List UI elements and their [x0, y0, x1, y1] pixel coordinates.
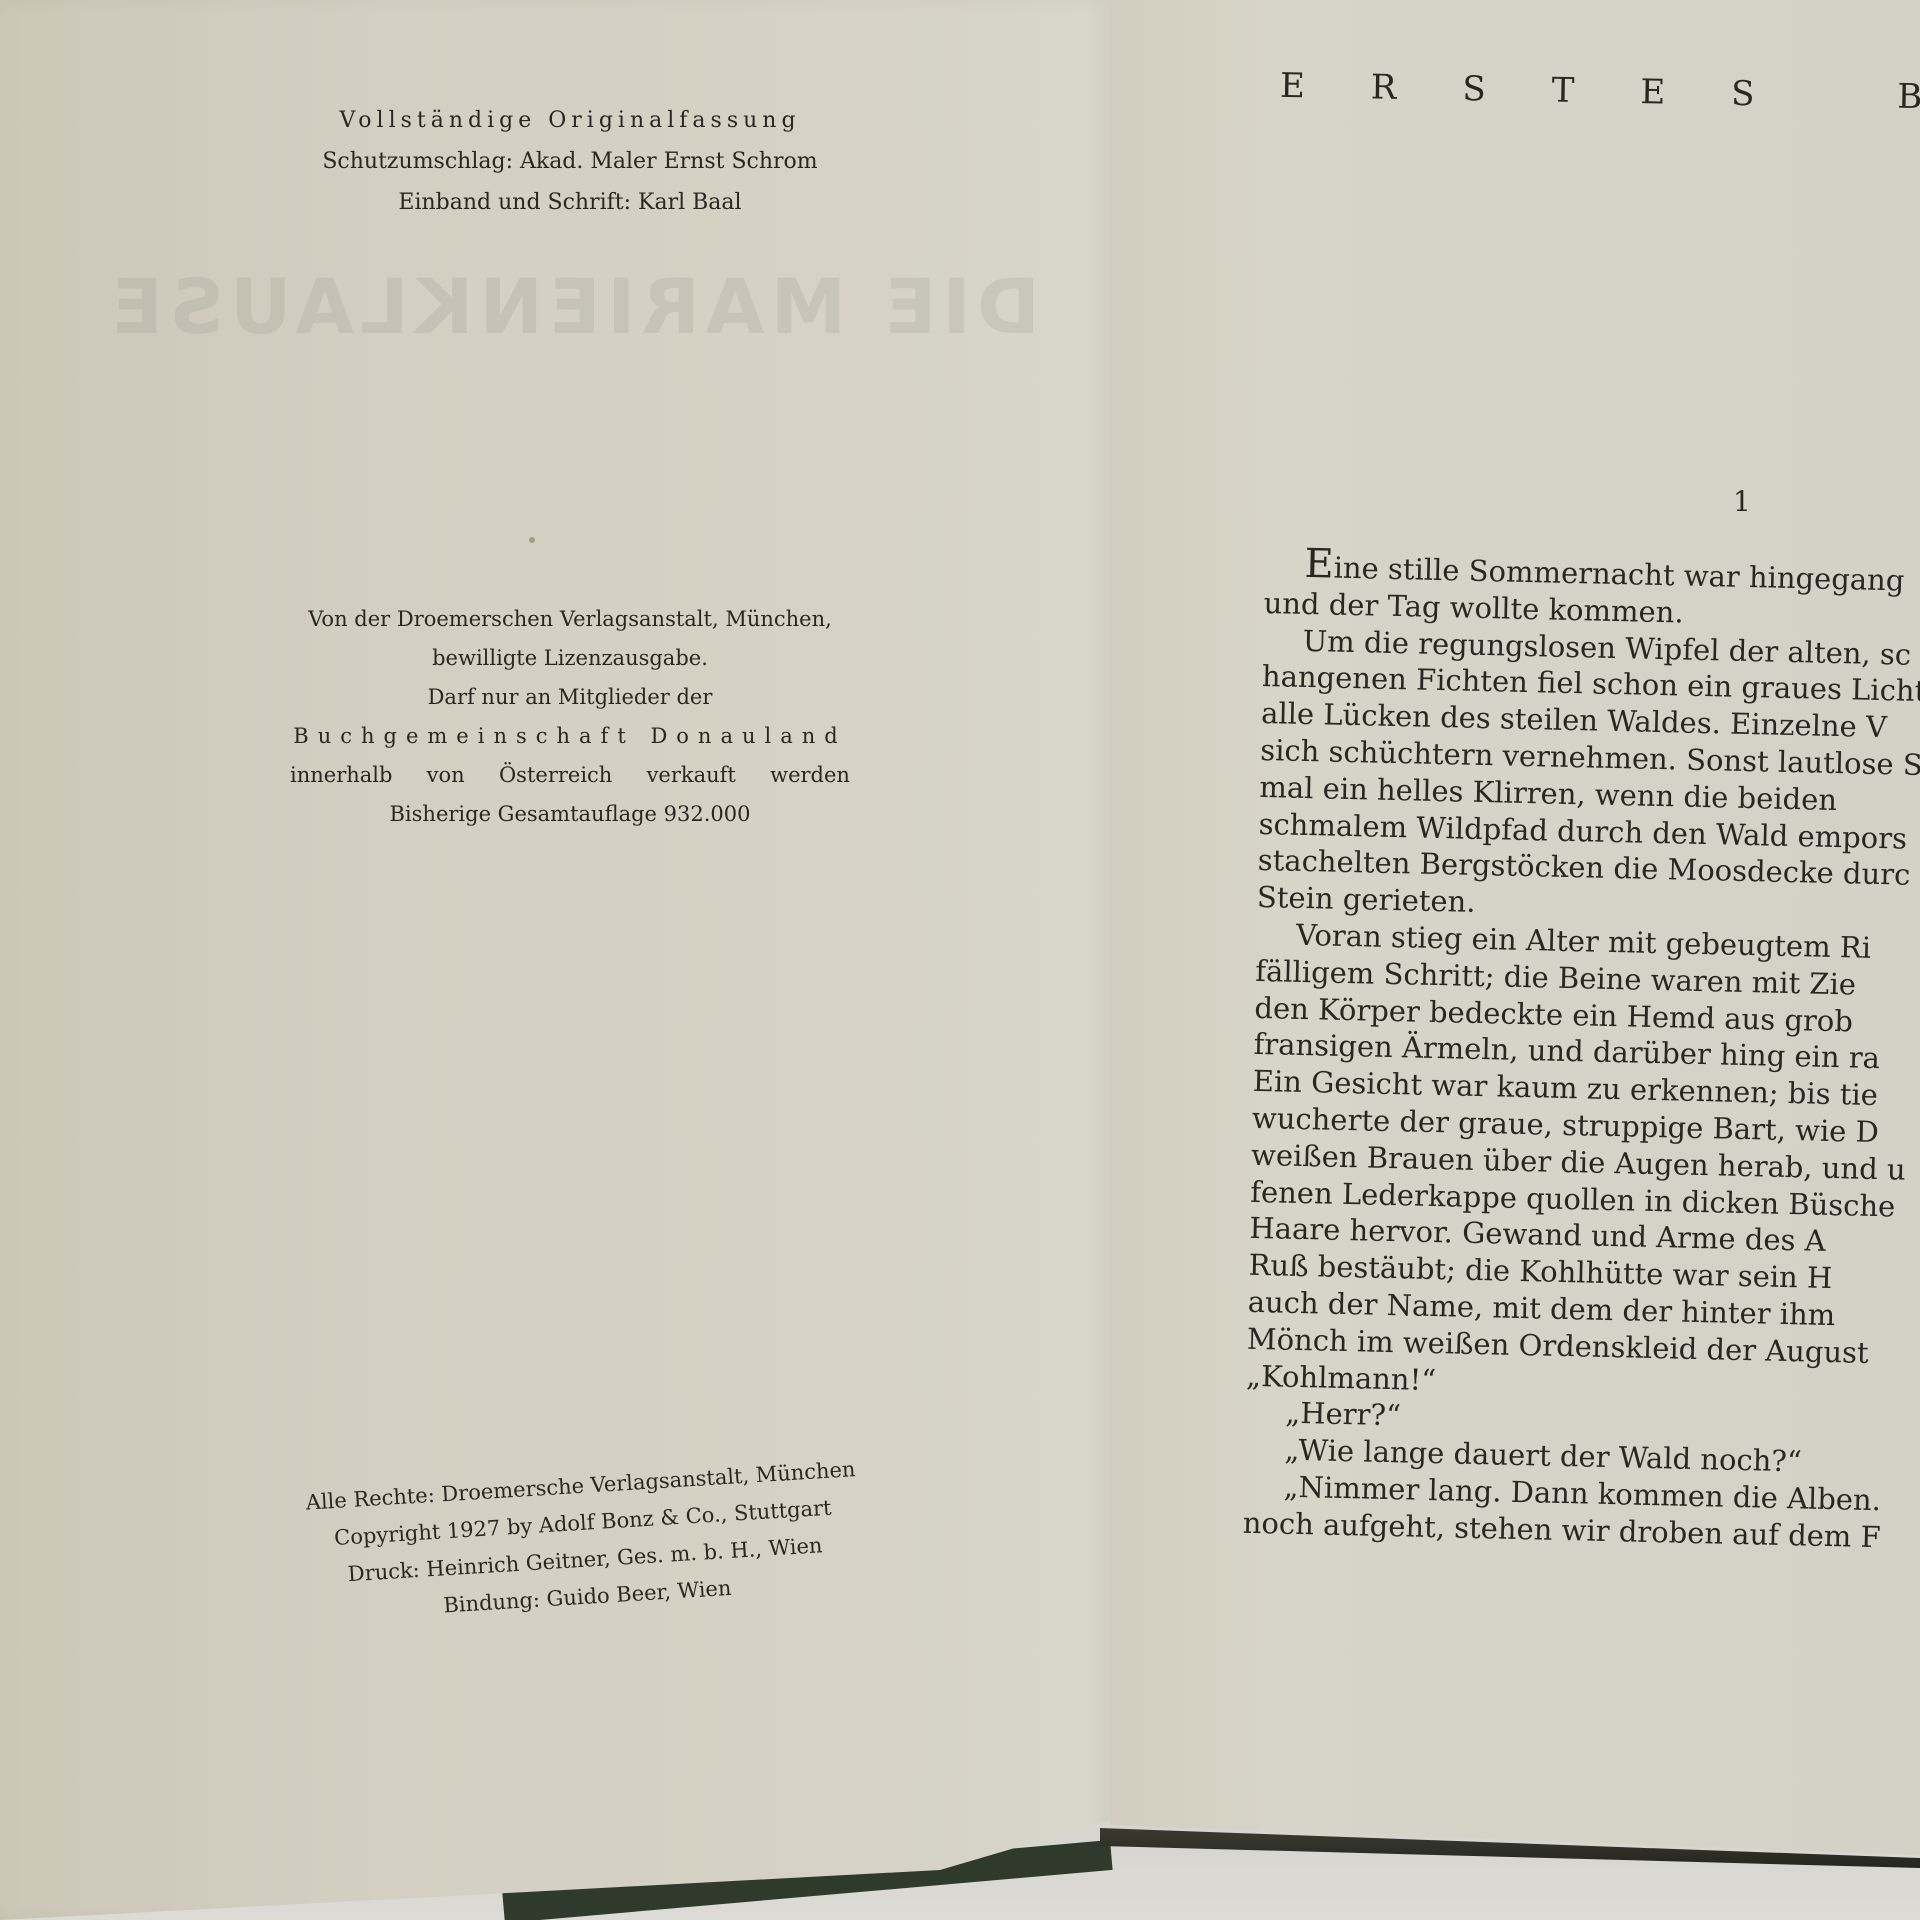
jacket-credit: Schutzumschlag: Akad. Maler Ernst Schrom [300, 141, 840, 182]
license-line: innerhalb von Österreich verkauft werden [290, 756, 850, 795]
bleed-through-title: DIE MARIENKLAUSE [80, 262, 1040, 351]
book-club-name: Buchgemeinschaft Donauland [290, 717, 850, 756]
license-line: Von der Droemerschen Verlagsanstalt, Mün… [290, 600, 850, 639]
word: innerhalb [290, 756, 392, 795]
edition-credits: Vollständige Originalfassung Schutzumsch… [300, 100, 840, 223]
license-line: Darf nur an Mitglieder der [290, 678, 850, 717]
binding-credit: Einband und Schrift: Karl Baal [300, 182, 840, 223]
license-notice: Von der Droemerschen Verlagsanstalt, Mün… [290, 600, 850, 834]
chapter-number: 1 [1733, 485, 1751, 518]
word: verkauft [647, 756, 736, 795]
initial-letter: E [1304, 541, 1334, 588]
word: von [427, 756, 465, 795]
edition-line: Vollständige Originalfassung [300, 100, 840, 141]
word: werden [770, 756, 850, 795]
license-line: bewilligte Lizenzausgabe. [290, 639, 850, 678]
word: Österreich [499, 756, 612, 795]
left-page: DIE MARIENKLAUSE Vollständige Originalfa… [0, 0, 1110, 1920]
ornament-dot [529, 537, 535, 543]
chapter-body: Eine stille Sommernacht war hingegang un… [1242, 545, 1920, 1562]
rights-notice: Alle Rechte: Droemersche Verlagsanstalt,… [300, 1451, 868, 1633]
print-run: Bisherige Gesamtauflage 932.000 [290, 795, 850, 834]
